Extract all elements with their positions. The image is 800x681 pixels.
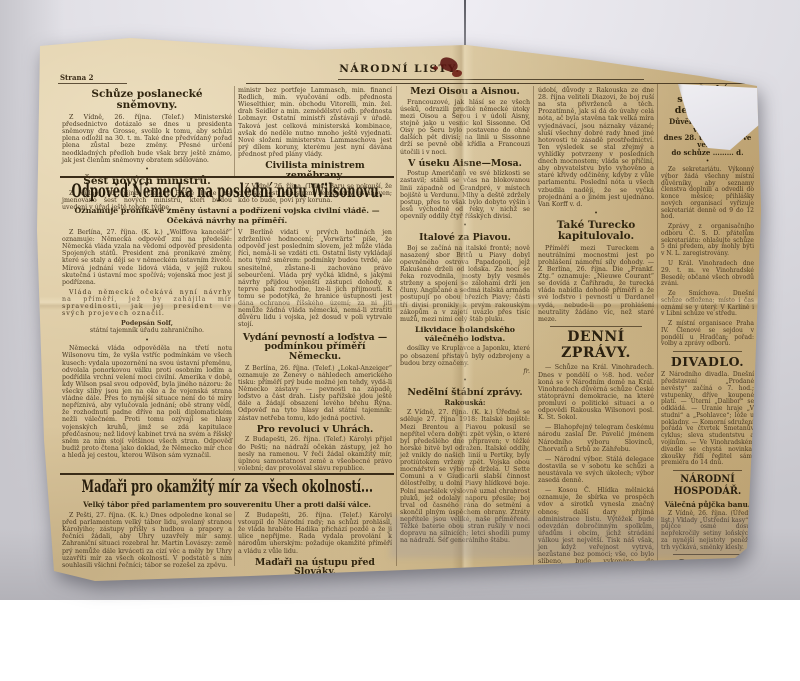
separator-dot: •	[661, 159, 754, 166]
headline-turkey-capitulated: Také Turecko kapitulovalo.	[538, 220, 654, 242]
separator-dot: •	[62, 338, 232, 345]
subhead-football: Kopaná.	[661, 586, 754, 594]
subhead-slovak-freedom: Slovenská svoboda.	[238, 579, 392, 587]
column3-war-reports: Mezi Oisou a Aisnou. Francouzové, jak hl…	[400, 87, 530, 547]
section-rule	[673, 554, 742, 555]
madari-deck: Velký tábor před parlamentem pro souvere…	[77, 500, 377, 509]
news-item: — Národní výbor. Stálá delegace dostavil…	[538, 456, 654, 484]
headline-parliament-session: Schůze poslanecké sněmovny.	[62, 89, 232, 111]
emphasized-passage: Vláda německá očekává nyní návrhy na pří…	[62, 289, 232, 317]
headline-aisne-meuse: V úseku Aisne—Mosa.	[400, 159, 530, 169]
body-paragraph: Z Vídně, 26. října. (Telef.) Ministerské…	[62, 114, 232, 164]
lead-headline: Odpověď Německa na poslední notu Wilsono…	[62, 180, 392, 202]
red-ink-stain-small	[452, 70, 462, 77]
section-rule	[673, 470, 742, 471]
news-item: — Blahopřejný telegram českému národu za…	[538, 424, 654, 452]
news-item: — Schůze na Král. Vinohradech. Dnes v po…	[538, 364, 654, 421]
madari-column1: Z Pešti, 27. října. (K. k.) Dnes odpoled…	[62, 512, 232, 572]
header-rule	[246, 83, 748, 84]
section-theatre: DIVADLO.	[661, 355, 754, 369]
separator-dot: •	[400, 378, 530, 385]
party-item: Ze Smíchova. Dnešní schůze odložena; mís…	[661, 291, 754, 318]
body-paragraph: Boj se začíná na italské frontě; nově na…	[400, 245, 530, 323]
column5-sections: Z České státoprávní demokracie. Důvěrníc…	[661, 85, 754, 600]
headline-italians-piave: Italové za Piavou.	[400, 233, 530, 243]
column-rule-1b	[234, 227, 235, 471]
section-daily-news: DENNÍ ZPRÁVY.	[538, 330, 654, 362]
masthead-underline	[338, 79, 644, 80]
column4-daily-news: údobí, důvody z Rakouska ze dne 28. říjn…	[538, 87, 654, 600]
column-rule-4	[657, 84, 658, 566]
lead-top-rule	[60, 176, 394, 178]
party-item: Z místní organisace Praha IV. Členové se…	[661, 321, 754, 348]
body-paragraph: Z Berlína, 26. října. (Telef.) „Lokal-An…	[238, 365, 392, 422]
column-rule-3	[533, 86, 534, 566]
correspondent-initials: fr.	[400, 368, 530, 375]
signature-title: státní tajemník úřadu zahraničního.	[62, 327, 232, 334]
lead-headline-wrap: Odpověď Německa na poslední notu Wilsono…	[62, 180, 392, 202]
headline-revolution-hungary: Pro revoluci v Uhrách.	[238, 425, 392, 435]
news-item: — Jízda na Václavském náměstí. Jako by s…	[538, 576, 654, 600]
separator-dot: •	[62, 167, 232, 174]
madari-column2: Z Budapešti, 26. října. (Telef.) Károlyi…	[238, 512, 392, 600]
headline-oise-aisne: Mezi Oisou a Aisnou.	[400, 87, 530, 97]
lead-deck: Oznamuje pronikavé změny ústavní a podří…	[72, 206, 382, 225]
column-rule-2	[396, 86, 397, 566]
headline-magyars-retreat: Maďaři na ústupu před Slováky.	[238, 558, 392, 578]
lead-column1: Z Berlína, 27. října. (K. k.) „Wolffova …	[62, 229, 232, 462]
body-paragraph: dosílky ve Kruplavce a Japonku, které po…	[400, 345, 530, 366]
subhead-austrian: Rakouská:	[400, 399, 530, 407]
subhead-war-loan: Válečná půjčka banu.	[661, 501, 754, 509]
separator-dot: •	[538, 211, 654, 218]
section-rule	[550, 326, 642, 327]
madari-headline: Maďaři pro okamžitý mír za všech okolnos…	[62, 477, 393, 496]
body-paragraph: Předseda min. „Slovenskej Národnej rady“…	[238, 589, 392, 600]
body-paragraph: Postup Američanů ve své blízkosti se zas…	[400, 170, 530, 220]
body-paragraph: Z Pešti, 27. října. (K. k.) Dnes odpoled…	[62, 512, 232, 569]
section-sport-bulletin: Sportovní věstník.	[661, 558, 754, 583]
section-rule	[673, 351, 742, 352]
news-item: — Kosou Č. Hlídka mělnická oznamuje, že …	[538, 487, 654, 572]
body-paragraph: Příměří mezi Tureckem a neutrálními mocn…	[538, 245, 654, 323]
body-paragraph: Z Vídně, 26. října. (Úřední list.) Vklad…	[661, 511, 754, 552]
newspaper-page: Strana 2 NÁRODNÍ LISTY. Schůze poslaneck…	[0, 0, 800, 600]
headline-staff-reports: Nedělní štábní zprávy.	[400, 388, 530, 398]
red-ink-speck	[433, 66, 438, 70]
column-rule-1a	[234, 86, 235, 176]
body-paragraph: V neděli sehráno: Sparta—Slavia 2:1 (1:0…	[661, 596, 754, 600]
body-paragraph: údobí, důvody z Rakouska ze dne 28. říjn…	[538, 87, 654, 208]
photo-backdrop: Strana 2 NÁRODNÍ LISTY. Schůze poslaneck…	[0, 0, 800, 600]
madari-top-rule	[60, 473, 394, 475]
newspaper-masthead: NÁRODNÍ LISTY.	[0, 63, 800, 75]
party-item: Zprávy z organisačního odboru Č. S. D. p…	[661, 224, 754, 258]
body-paragraph: V Berlíně vidati v prvých hodinách jen z…	[238, 229, 392, 329]
headline-fortresses-fleet: Vydání pevností a loďstva — podmínkou př…	[242, 333, 388, 362]
theatre-notes: Z Národního divadla. Dnešní představení …	[661, 372, 754, 467]
lead-column2: V Berlíně vidati v prvých hodinách jen z…	[238, 229, 392, 475]
body-paragraph: Z Budapešti, 26. října. (Telef.) Károlyi…	[238, 512, 392, 555]
signature-line: Podepsán Solf,	[62, 320, 232, 327]
body-paragraph: ministr bez portfeje Lammasch, min. fina…	[238, 87, 392, 158]
body-paragraph: Z Vídně, 27. října. (K. k.) Úředně se sd…	[400, 409, 530, 544]
newspaper-shadow: Strana 2 NÁRODNÍ LISTY. Schůze poslaneck…	[0, 0, 800, 600]
body-paragraph: Ze sekretariátu. Výkonný výbor žádá všec…	[661, 167, 754, 221]
party-item: U Král. Vinohradech dne 29. t. m. ve Vin…	[661, 261, 754, 288]
body-paragraph: Německá vláda odpověděla na třetí notu W…	[62, 345, 232, 459]
body-paragraph: Francouzové, jak hlásí se ze všech úseků…	[400, 99, 530, 156]
separator-dot: •	[400, 223, 530, 230]
madari-headline-wrap: Maďaři pro okamžitý mír za všech okolnos…	[62, 477, 393, 496]
body-paragraph: Z Berlína, 27. října. (K. k.) „Wolffova …	[62, 229, 232, 286]
body-paragraph: Z Budapešti, 26. října. (Telef.) Károlyi…	[238, 436, 392, 472]
column-rule-1c	[234, 511, 235, 566]
headline-dutch-fleet: Likvidace holandského válečného loďstva.	[402, 326, 528, 344]
notice-line: do schůze ……… d.	[661, 149, 754, 157]
section-national-economy: NÁRODNÍ HOSPODÁŘ.	[665, 474, 751, 498]
